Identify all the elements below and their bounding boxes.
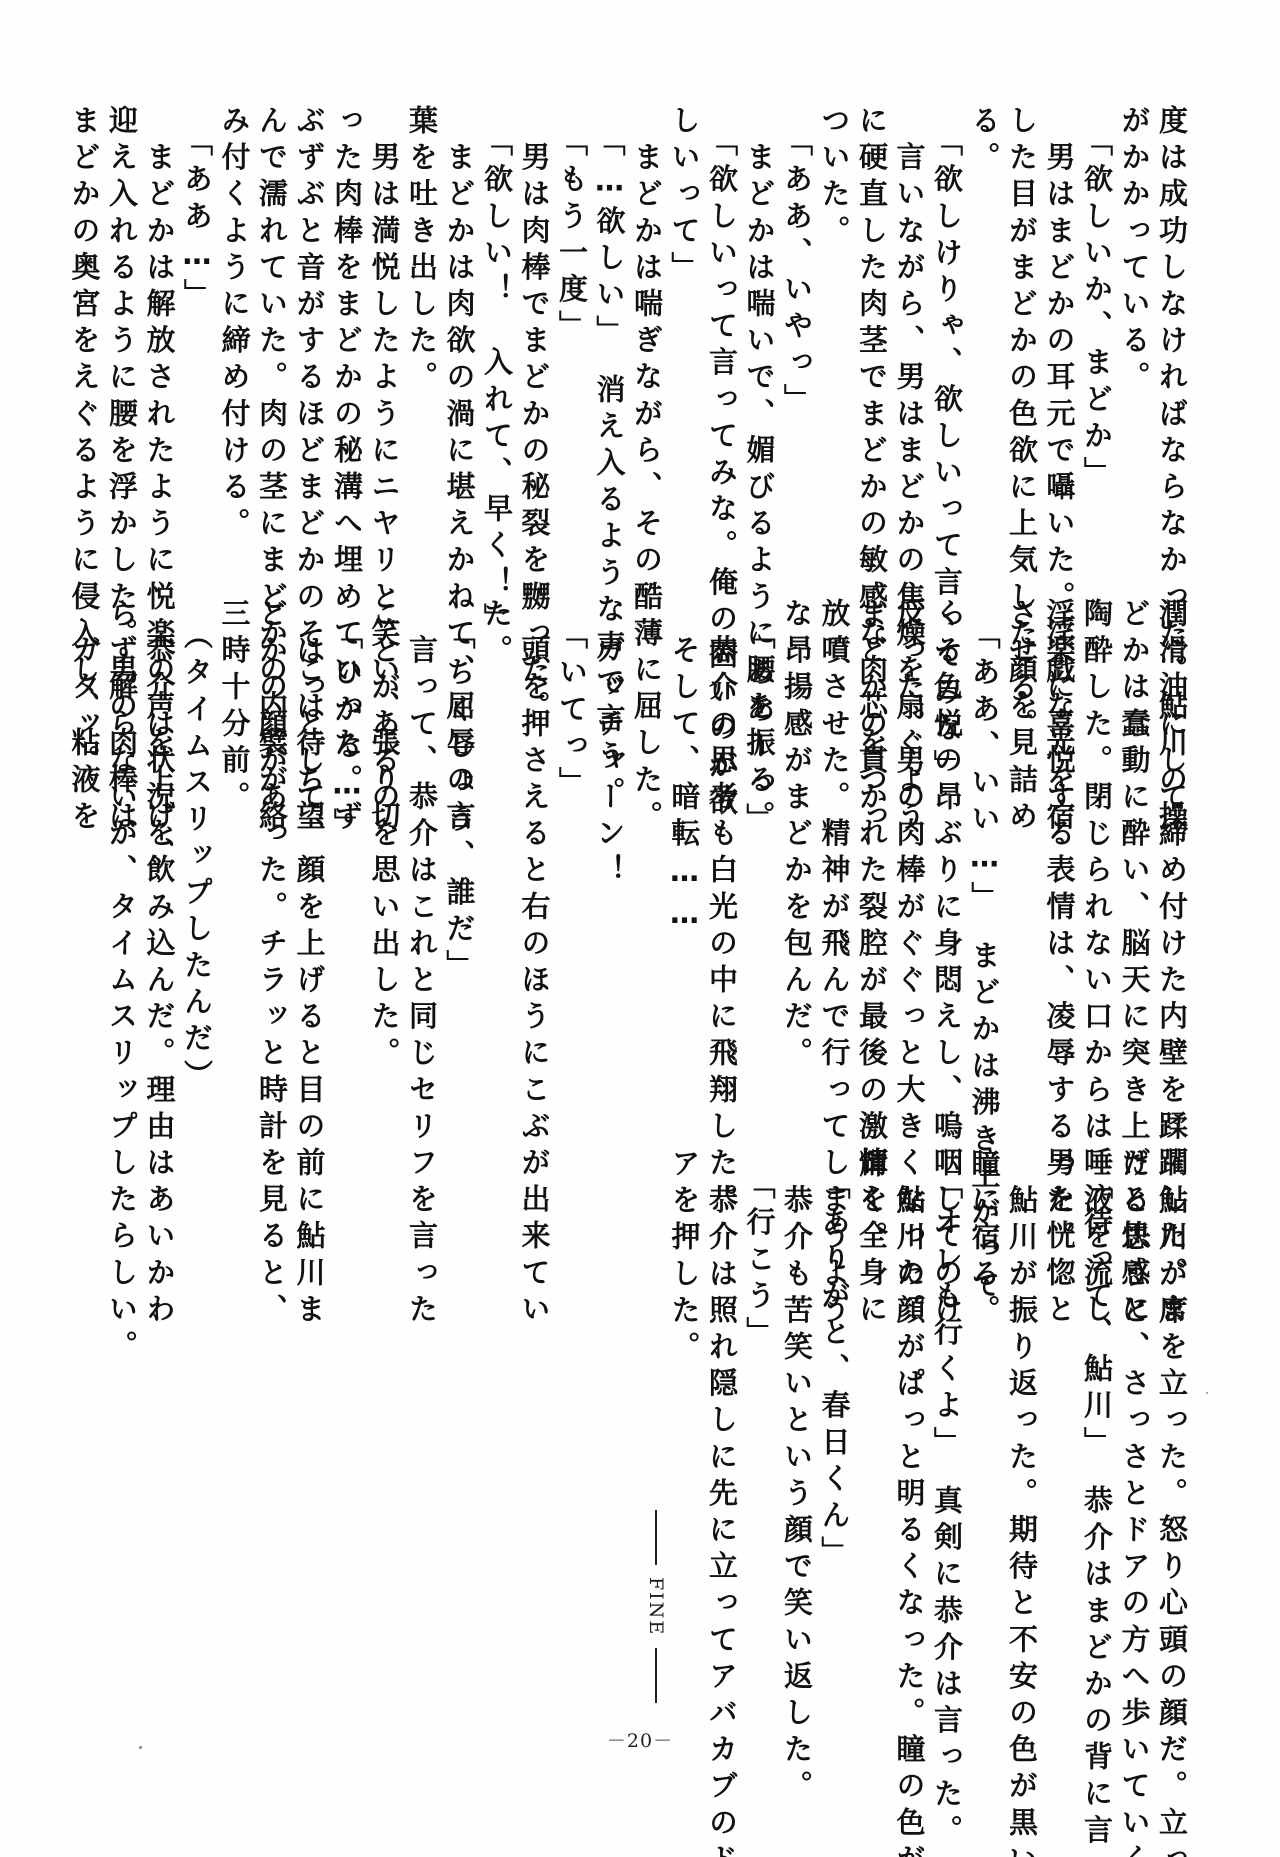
text-column: そして、暗転…… (665, 598, 703, 1078)
text-column: 恭介は照れ隠しに先に立ってアバカブのド (703, 1148, 741, 1528)
text-column: 「ちくしょう、誰だ」 (440, 598, 478, 1078)
text-block-lower: 鮎川が席を立った。怒り心頭の顔だ。立ったと思うと、さっさとドアの方へ歩いていく。… (665, 1148, 1190, 1528)
text-column: 「もう一度」 (553, 105, 591, 575)
text-column: 「…欲しい」 消え入るような声で言う。 (590, 105, 628, 575)
text-column: 言いながら、男はまどかの焦燥を扇ぐよう (890, 105, 928, 575)
text-column: に硬直した肉茎でまどかの敏感な肉芯をつっ (853, 105, 891, 575)
end-marker-label: FINE (645, 1577, 667, 1636)
text-column: る。 (965, 105, 1003, 575)
text-column: 「オレも行くよ」 真剣に恭介は言った。 (928, 1148, 966, 1528)
text-block-middle: 潤滑油にして締め付けた内壁を蹂躙した。まどかは蠢動に酔い、脳天に突き上げる快感に… (65, 598, 1190, 1078)
text-column: み付くように締め付ける。 (215, 105, 253, 575)
text-column: 頭を押さえると右のほうにこぶが出来てい (515, 598, 553, 1078)
page-number: －20－ (0, 1726, 1280, 1753)
text-column: 「ああ、いい…」 まどかは沸き上がって (965, 598, 1003, 1078)
text-column: た。 (478, 598, 516, 1078)
text-column: 陶酔した。閉じられない口からは唾液を流し (1078, 598, 1116, 1078)
text-column: まどかは喘ぎながら、その酷薄に屈した。 (628, 105, 666, 575)
text-column: はっとして、顔を上げると目の前に鮎川ま (290, 598, 328, 1078)
text-column: した目がまどかの色欲に上気した顔を見詰め (1003, 105, 1041, 575)
text-column: 言って、恭介はこれと同じセリフを言った (403, 598, 441, 1078)
end-marker-rule-top (655, 1510, 657, 1565)
text-column: 瞳に宿る。 (965, 1148, 1003, 1528)
text-column: 「ああ、いやっ」 (778, 105, 816, 575)
text-column: 鮎川の顔がぱっと明るくなった。瞳の色が (890, 1148, 928, 1528)
text-column: 恭介は状況を飲み込んだ。理由はあいかわ (140, 598, 178, 1078)
text-column: な昂揚感がまどかを包んだ。 (778, 598, 816, 1078)
text-column (628, 598, 666, 1078)
end-marker: FINE (641, 1510, 671, 1820)
text-column: まどかは肉欲の渦に堪えかねて、屈辱の言 (440, 105, 478, 575)
text-column: ついた。 (815, 105, 853, 575)
text-column: 度は成功しなければならなかった。鮎川の操 (1153, 105, 1191, 575)
text-column: アを押した。 (665, 1148, 703, 1528)
text-column: 男は肉棒でまどかの秘裂を嬲った。 (515, 105, 553, 575)
text-column: った。 (1040, 1148, 1078, 1528)
text-column: 「いてっ」 (553, 598, 591, 1078)
text-column: まどかは解放されたように悦楽の声を上げ、 (140, 105, 178, 575)
text-column: 輝く。 (853, 1148, 891, 1528)
text-column: どかは蠢動に酔い、脳天に突き上げる快感に (1115, 598, 1153, 1078)
text-column: 「待って、鮎川」 恭介はまどかの背に言 (1078, 1148, 1116, 1528)
text-column: 反った。男の肉棒がぐぐっと大きくなった。 (890, 598, 928, 1078)
text-column: 葉を吐き出した。 (403, 105, 441, 575)
text-column: 恭介も苦笑いという顔で笑い返した。 (778, 1148, 816, 1528)
text-column: 鮎川が席を立った。怒り心頭の顔だ。立っ (1153, 1148, 1191, 1528)
text-column: んで濡れていた。肉の茎にまどかの内襞が絡 (253, 105, 291, 575)
text-column: ガッチャーン！ (590, 598, 628, 1078)
text-column: 放噴させた。精神が飛んで行ってしまうよう (815, 598, 853, 1078)
text-column: 鮎川が振り返った。期待と不安の色が黒い (1003, 1148, 1041, 1528)
text-column: 「ああーっ」 (740, 598, 778, 1078)
text-column: 男はまどかの耳元で囁いた。淫戯な光を宿 (1040, 105, 1078, 575)
text-column: 淫楽に喜悦する表情は、凌辱する男を恍惚と (1040, 598, 1078, 1078)
text-column: 「行こう」 (740, 1148, 778, 1528)
text-column: ぶずぶと音がするほどまどかのそこは待ち望 (290, 105, 328, 575)
text-column: 「欲しいって言ってみな。俺の固いのが欲 (703, 105, 741, 575)
text-column: まどかの貫かれた裂腔が最後の激情を全身に (853, 598, 891, 1078)
end-marker-rule-bottom (655, 1648, 657, 1703)
text-column: 「ひかる…」 (328, 598, 366, 1078)
text-column: （タイムスリップしたんだ） (178, 598, 216, 1078)
text-column: くる色悦の昂ぶりに身悶えし、嗚咽してのけ (928, 598, 966, 1078)
document-page: 度は成功しなければならなかった。鮎川の操がかかっている。 「欲しいか、まどか」 … (0, 0, 1280, 1857)
text-column: 迎え入れるように腰を浮かした。男の肉棒は (103, 105, 141, 575)
text-column: らず解らないが、タイムスリップしたらしい。 (103, 598, 141, 1078)
text-column: 「ありがと、春日くん」 (815, 1148, 853, 1528)
text-column: ガタッ。 (65, 598, 103, 1078)
scan-speck (139, 1746, 142, 1749)
text-column: まどかの奥宮をえぐるように侵入し、粘液を (65, 105, 103, 575)
text-column: たと思うと、さっさとドアの方へ歩いていく。 (1115, 1148, 1153, 1528)
text-column: させる。 (1003, 598, 1041, 1078)
text-column: ことがあるのを思い出した。 (365, 598, 403, 1078)
text-column: どかの顔があった。チラッと時計を見ると、 (253, 598, 291, 1078)
text-column: 「欲しけりゃ、欲しいって言ってみな」 (928, 105, 966, 575)
text-column: 男は満悦したようにニヤリと笑い、張り切 (365, 105, 403, 575)
text-column: まどかは喘いで、媚びるように腰を振る。 (740, 105, 778, 575)
text-column: がかかっている。 (1115, 105, 1153, 575)
text-column: 三時十分前。 (215, 598, 253, 1078)
text-column: 「欲しいか、まどか」 (1078, 105, 1116, 575)
text-column: 恭介の思考も白光の中に飛翔した。 (703, 598, 741, 1078)
text-column: 潤滑油にして締め付けた内壁を蹂躙した。ま (1153, 598, 1191, 1078)
text-block-upper: 度は成功しなければならなかった。鮎川の操がかかっている。 「欲しいか、まどか」 … (65, 105, 1190, 575)
text-column: 「欲しい！ 入れて、早く！」 (478, 105, 516, 575)
text-column: 「ああ…」 (178, 105, 216, 575)
scan-speck (1206, 1392, 1208, 1394)
text-column: った肉棒をまどかの秘溝へ埋めていった。ず (328, 105, 366, 575)
text-column: しいって」 (665, 105, 703, 575)
